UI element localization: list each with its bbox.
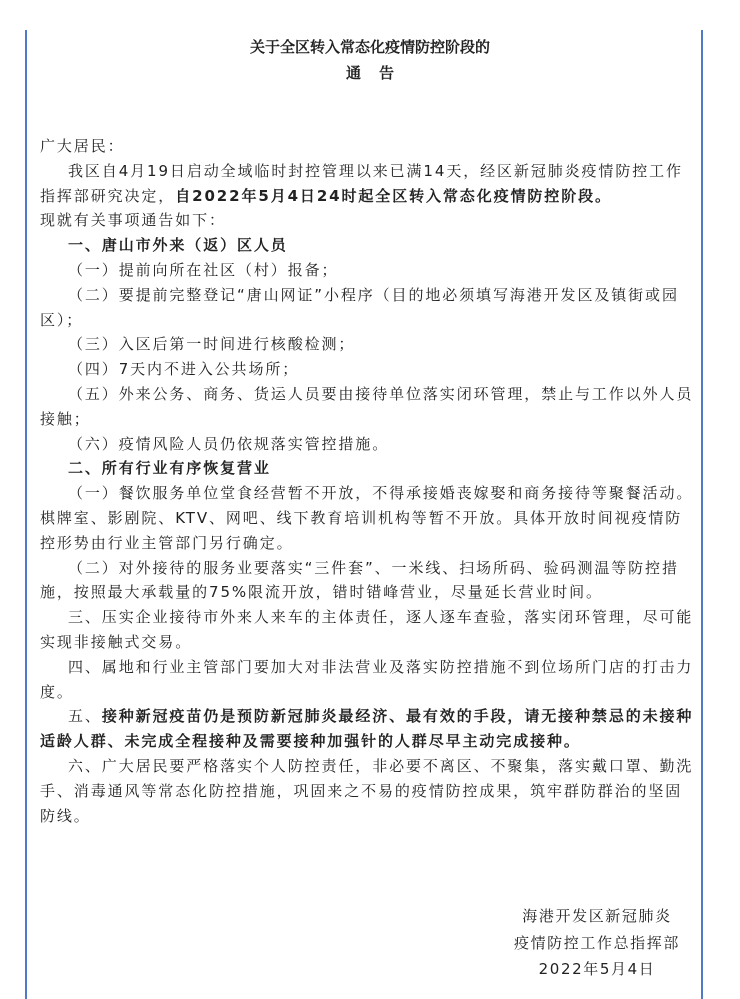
section-1-heading: 一、唐山市外来（返）区人员 bbox=[40, 233, 696, 258]
title-line-1: 关于全区转入常态化疫情防控阶段的 bbox=[0, 34, 740, 60]
section-2-item: （二）对外接待的服务业要落实“三件套”、一米线、扫场所码、验码测温等防控措施，按… bbox=[40, 556, 696, 606]
paragraph-5: 五、接种新冠疫苗仍是预防新冠肺炎最经济、最有效的手段，请无接种禁忌的未接种适龄人… bbox=[40, 704, 696, 754]
section-1-item: （三）入区后第一时间进行核酸检测； bbox=[40, 332, 696, 357]
section-2-item: （一）餐饮服务单位堂食经营暂不开放，不得承接婚丧嫁娶和商务接待等聚餐活动。棋牌室… bbox=[40, 481, 696, 555]
notice-title: 关于全区转入常态化疫情防控阶段的 通告 bbox=[0, 34, 740, 86]
intro-tail: 现就有关事项通告如下： bbox=[40, 208, 696, 233]
paragraph-4: 四、属地和行业主管部门要加大对非法营业及落实防控措施不到位场所门店的打击力度。 bbox=[40, 655, 696, 705]
paragraph-3: 三、压实企业接待市外来人来车的主体责任，逐人逐车查验，落实闭环管理，尽可能实现非… bbox=[40, 605, 696, 655]
signature-date: 2022年5月4日 bbox=[500, 956, 694, 983]
paragraph-5-bold-text: 接种新冠疫苗仍是预防新冠肺炎最经济、最有效的手段，请无接种禁忌的未接种适龄人群、… bbox=[40, 707, 693, 750]
section-1-item: （一）提前向所在社区（村）报备； bbox=[40, 258, 696, 283]
signature-block: 海港开发区新冠肺炎 疫情防控工作总指挥部 2022年5月4日 bbox=[500, 903, 694, 983]
paragraph-6: 六、广大居民要严格落实个人防控责任，非必要不离区、不聚集，落实戴口罩、勤洗手、消… bbox=[40, 754, 696, 828]
intro-paragraph: 我区自4月19日启动全域临时封控管理以来已满14天，经区新冠肺炎疫情防控工作指挥… bbox=[40, 159, 696, 209]
section-1-item: （二）要提前完整登记“唐山网证”小程序（目的地必须填写海港开发区及镇街或园区）； bbox=[40, 283, 696, 333]
intro-bold-text: 自2022年5月4日24时起全区转入常态化疫情防控阶段。 bbox=[175, 187, 612, 205]
section-2-heading: 二、所有行业有序恢复营业 bbox=[40, 456, 696, 481]
salutation: 广大居民： bbox=[40, 134, 696, 159]
title-line-2: 通告 bbox=[0, 60, 740, 86]
right-border-line bbox=[701, 30, 703, 999]
section-1-item: （六）疫情风险人员仍依规落实管控措施。 bbox=[40, 432, 696, 457]
paragraph-5-prefix: 五、 bbox=[68, 707, 102, 725]
section-1-item: （五）外来公务、商务、货运人员要由接待单位落实闭环管理，禁止与工作以外人员接触； bbox=[40, 382, 696, 432]
notice-body: 广大居民： 我区自4月19日启动全域临时封控管理以来已满14天，经区新冠肺炎疫情… bbox=[40, 134, 696, 828]
signature-org-line-1: 海港开发区新冠肺炎 bbox=[500, 903, 694, 930]
left-border-line bbox=[25, 30, 27, 999]
signature-org-line-2: 疫情防控工作总指挥部 bbox=[500, 930, 694, 957]
section-1-item: （四）7天内不进入公共场所； bbox=[40, 357, 696, 382]
